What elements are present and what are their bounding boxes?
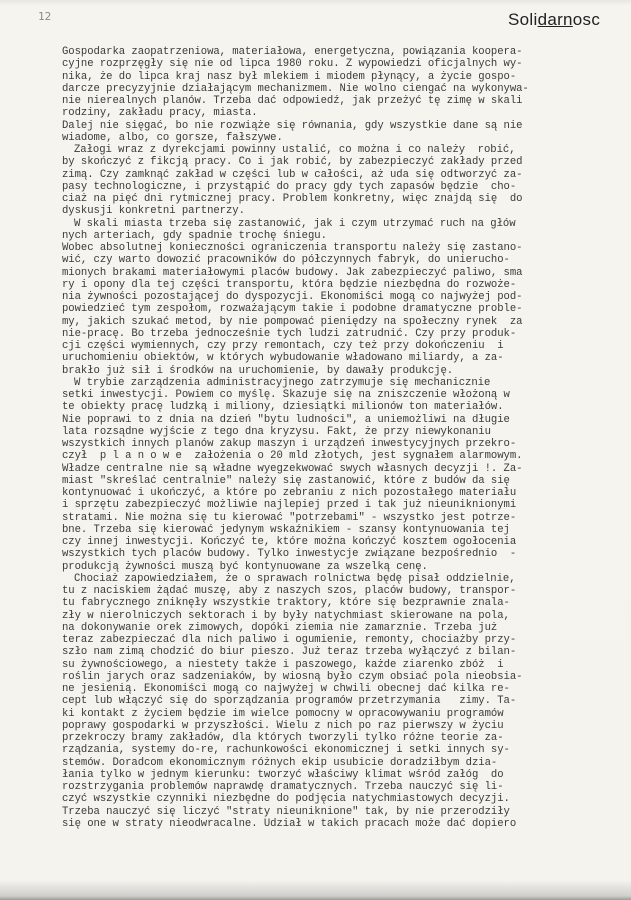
text-line: bne. Trzeba się kierować jedynym wskaźni… <box>62 524 622 536</box>
text-line: czyć wszystkie czynniki niezbędne do pod… <box>62 793 622 805</box>
text-line: W skali miasta trzeba się zastanowić, ja… <box>62 218 622 230</box>
text-line: su żywnościowego, a niestety także i pas… <box>62 659 622 671</box>
text-line: mionych brakami materiałowymi placów bud… <box>62 267 622 279</box>
text-line: wszystkich innych planów zakup maszyn i … <box>62 438 622 450</box>
text-line: nych arteriach, gdy spadnie trochę śnieg… <box>62 230 622 242</box>
text-line: miast "skreślać centralnie" należy się z… <box>62 475 622 487</box>
text-line: na dokonywanie orek zimowych, dopóki zie… <box>62 622 622 634</box>
text-line: Wobec absolutnej konieczności ograniczen… <box>62 242 622 254</box>
text-line: ry i opony dla tej części transportu, kt… <box>62 279 622 291</box>
text-line: zimą. Czy zamknąć zakład w części lub w … <box>62 169 622 181</box>
text-line: Chociaż zapowiedziałem, że o sprawach ro… <box>62 573 622 585</box>
text-line: Gospodarka zaopatrzeniowa, materiałowa, … <box>62 46 622 58</box>
text-line: Trzeba nauczyć się liczyć "straty nieuni… <box>62 806 622 818</box>
text-line: czył p l a n o w e założenia o 20 mld zł… <box>62 450 622 462</box>
text-line: poprawy gospodarki w przyszłości. Wielu … <box>62 720 622 732</box>
text-line: rodziny, zakładu pracy, miasta. <box>62 107 622 119</box>
text-line: zły w nierolniczych sektorach i by były … <box>62 610 622 622</box>
text-line: ki kontakt z życiem będzie im wielce pom… <box>62 708 622 720</box>
text-line: teraz zabezpieczać dla nich paliwo i ogu… <box>62 634 622 646</box>
text-line: Władze centralne nie są władne wyegzekwo… <box>62 463 622 475</box>
text-line: cji części wymiennych, czy przy remontac… <box>62 340 622 352</box>
text-line: i sprzętu zabezpieczyć możliwie najlepie… <box>62 499 622 511</box>
text-line: stratami. Nie można się tu kierować "pot… <box>62 512 622 524</box>
text-line: produkcją żywności muszą być kontynuowan… <box>62 561 622 573</box>
publication-title-underlined: darn <box>538 10 573 29</box>
text-line: nia żywności pozostającej do dyspozycji.… <box>62 291 622 303</box>
publication-title-prefix: Soli <box>508 10 538 29</box>
text-line: my, jakich szukać metod, by nie pompować… <box>62 316 622 328</box>
text-line: pasy technologiczne, i przystąpić do pra… <box>62 181 622 193</box>
text-line: wiadome, albo, co gorsze, fałszywe. <box>62 132 622 144</box>
text-line: szło nam zimą chodzić do biur pieszo. Ju… <box>62 646 622 658</box>
article-body: Gospodarka zaopatrzeniowa, materiałowa, … <box>62 46 622 830</box>
text-line: nie nierealnych planów. Trzeba dać odpow… <box>62 95 622 107</box>
text-line: cept lub włączyć się do sporządzania pro… <box>62 695 622 707</box>
text-line: się one w straty nieodwracalne. Udział w… <box>62 818 622 830</box>
text-line: łania tylko w jednym kierunku: tworzyć w… <box>62 769 622 781</box>
text-line: darcze precyzyjnie działającym mechanizm… <box>62 83 622 95</box>
text-line: kontynuować i ukończyć, a które po zebra… <box>62 487 622 499</box>
text-line: dyskusji konkretni partnerzy. <box>62 205 622 217</box>
text-line: przekroczy bramy zakładów, dla których t… <box>62 732 622 744</box>
text-line: Załogi wraz z dyrekcjami powinny ustalić… <box>62 144 622 156</box>
publication-title: Solidarnosc <box>508 10 600 30</box>
text-line: wić, czy warto dowozić pracowników do pó… <box>62 254 622 266</box>
text-line: lata rozsądne wyjście z tego dna kryzysu… <box>62 426 622 438</box>
text-line: Nie poprawi to z dnia na dzień "bytu lud… <box>62 414 622 426</box>
text-line: nika, że do lipca kraj nasz był mlekiem … <box>62 71 622 83</box>
text-line: tu z naciskiem żądać muszę, aby z naszyc… <box>62 585 622 597</box>
text-line: W trybie zarządzenia administracyjnego z… <box>62 377 622 389</box>
text-line: uruchomieniu obiektów, w których wybudow… <box>62 352 622 364</box>
publication-title-suffix: osc <box>573 10 600 29</box>
text-line: Dalej nie sięgać, bo nie rozwiąże się ró… <box>62 120 622 132</box>
text-line: setki inwestycji. Powiem co myślę. Skazu… <box>62 389 622 401</box>
text-line: roślin jarych oraz sadzeniaków, by wiosn… <box>62 671 622 683</box>
text-line: ne jesienią. Ekonomiści mogą co najwyżej… <box>62 683 622 695</box>
text-line: brakło już sił i środków na uruchomienie… <box>62 365 622 377</box>
text-line: nie-pracę. Bo trzeba jednocześnie tych l… <box>62 328 622 340</box>
scanned-page: 12 Solidarnosc Gospodarka zaopatrzeniowa… <box>0 0 631 900</box>
text-line: ciaż na pięć dni rytmicznej pracy. Probl… <box>62 193 622 205</box>
text-line: rozstrzygania problemów naprawdę dramaty… <box>62 781 622 793</box>
text-line: te obiekty pracę ludzką i miliony, dzies… <box>62 401 622 413</box>
text-line: tu fabrycznego zniknęły wszystkie trakto… <box>62 597 622 609</box>
text-line: cyjne rozprzęgły się nie od lipca 1980 r… <box>62 58 622 70</box>
text-line: czy innej inwestycji. Kończyć te, które … <box>62 536 622 548</box>
text-line: by skończyć z fikcją pracy. Co i jak rob… <box>62 156 622 168</box>
page-number: 12 <box>38 10 51 23</box>
text-line: stemów. Doradcom ekonomicznym różnych ek… <box>62 757 622 769</box>
text-line: powiedzieć tym zespołom, rozważającym ta… <box>62 303 622 315</box>
text-line: wszystkich tych placów budowy. Tylko inw… <box>62 548 622 560</box>
text-line: rządzania, systemy do-re, rachunkowości … <box>62 744 622 756</box>
